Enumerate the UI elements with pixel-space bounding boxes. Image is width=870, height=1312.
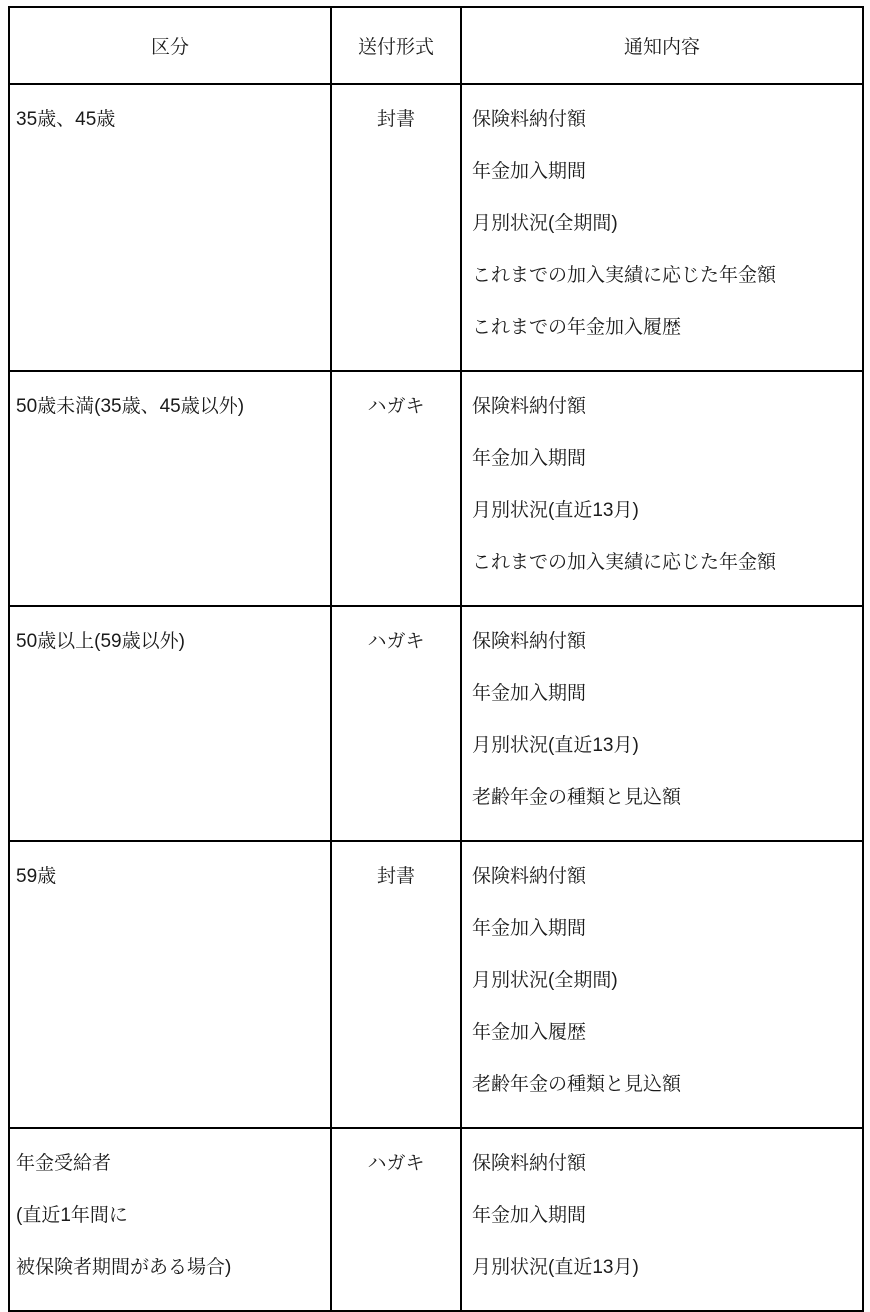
contents-cell: 保険料納付額 年金加入期間 月別状況(全期間) 年金加入履歴 老齢年金の種類と見… — [461, 841, 863, 1128]
content-line: 月別状況(直近13月) — [472, 501, 856, 521]
table-row: 35歳、45歳 封書 保険料納付額 年金加入期間 月別状況(全期間) これまでの… — [9, 84, 863, 371]
contents-cell: 保険料納付額 年金加入期間 月別状況(直近13月) これまでの加入実績に応じた年… — [461, 371, 863, 606]
format-label: ハガキ — [332, 632, 460, 652]
content-line: 年金加入期間 — [472, 449, 856, 469]
content-line: 老齢年金の種類と見込額 — [472, 788, 856, 808]
header-format: 送付形式 — [331, 7, 461, 84]
format-label: ハガキ — [332, 1154, 460, 1174]
table-row: 年金受給者 (直近1年間に 被保険者期間がある場合) ハガキ 保険料納付額 年金… — [9, 1128, 863, 1311]
content-line: 保険料納付額 — [472, 632, 856, 652]
table-row: 59歳 封書 保険料納付額 年金加入期間 月別状況(全期間) 年金加入履歴 老齢… — [9, 841, 863, 1128]
category-line: 35歳、45歳 — [16, 110, 324, 130]
format-cell: ハガキ — [331, 1128, 461, 1311]
format-cell: 封書 — [331, 841, 461, 1128]
category-line: (直近1年間に — [16, 1206, 324, 1226]
content-line: これまでの年金加入履歴 — [472, 318, 856, 338]
contents-cell: 保険料納付額 年金加入期間 月別状況(全期間) これまでの加入実績に応じた年金額… — [461, 84, 863, 371]
format-cell: ハガキ — [331, 371, 461, 606]
category-cell: 年金受給者 (直近1年間に 被保険者期間がある場合) — [9, 1128, 331, 1311]
content-line: 年金加入履歴 — [472, 1023, 856, 1043]
header-category: 区分 — [9, 7, 331, 84]
content-line: 月別状況(全期間) — [472, 971, 856, 991]
category-line: 被保険者期間がある場合) — [16, 1258, 324, 1278]
content-line: 年金加入期間 — [472, 1206, 856, 1226]
format-cell: 封書 — [331, 84, 461, 371]
format-cell: ハガキ — [331, 606, 461, 841]
content-line: 老齢年金の種類と見込額 — [472, 1075, 856, 1095]
format-label: ハガキ — [332, 397, 460, 417]
table-row: 50歳以上(59歳以外) ハガキ 保険料納付額 年金加入期間 月別状況(直近13… — [9, 606, 863, 841]
contents-cell: 保険料納付額 年金加入期間 月別状況(直近13月) — [461, 1128, 863, 1311]
content-line: 年金加入期間 — [472, 684, 856, 704]
category-line: 50歳以上(59歳以外) — [16, 632, 324, 652]
contents-cell: 保険料納付額 年金加入期間 月別状況(直近13月) 老齢年金の種類と見込額 — [461, 606, 863, 841]
content-line: 保険料納付額 — [472, 867, 856, 887]
category-line: 年金受給者 — [16, 1154, 324, 1174]
content-line: 年金加入期間 — [472, 919, 856, 939]
header-row: 区分 送付形式 通知内容 — [9, 7, 863, 84]
category-cell: 35歳、45歳 — [9, 84, 331, 371]
content-line: 月別状況(直近13月) — [472, 736, 856, 756]
content-line: 月別状況(全期間) — [472, 214, 856, 234]
content-line: 月別状況(直近13月) — [472, 1258, 856, 1278]
category-cell: 59歳 — [9, 841, 331, 1128]
content-line: これまでの加入実績に応じた年金額 — [472, 553, 856, 573]
header-contents: 通知内容 — [461, 7, 863, 84]
content-line: 保険料納付額 — [472, 110, 856, 130]
category-line: 59歳 — [16, 867, 324, 887]
pension-notice-table: 区分 送付形式 通知内容 35歳、45歳 封書 保険料納付額 年金加入期間 月別… — [8, 6, 864, 1312]
table-row: 50歳未満(35歳、45歳以外) ハガキ 保険料納付額 年金加入期間 月別状況(… — [9, 371, 863, 606]
page: 区分 送付形式 通知内容 35歳、45歳 封書 保険料納付額 年金加入期間 月別… — [0, 0, 870, 1299]
format-label: 封書 — [332, 110, 460, 130]
content-line: 年金加入期間 — [472, 162, 856, 182]
content-line: 保険料納付額 — [472, 1154, 856, 1174]
category-cell: 50歳未満(35歳、45歳以外) — [9, 371, 331, 606]
category-cell: 50歳以上(59歳以外) — [9, 606, 331, 841]
format-label: 封書 — [332, 867, 460, 887]
content-line: これまでの加入実績に応じた年金額 — [472, 266, 856, 286]
category-line: 50歳未満(35歳、45歳以外) — [16, 397, 324, 417]
content-line: 保険料納付額 — [472, 397, 856, 417]
